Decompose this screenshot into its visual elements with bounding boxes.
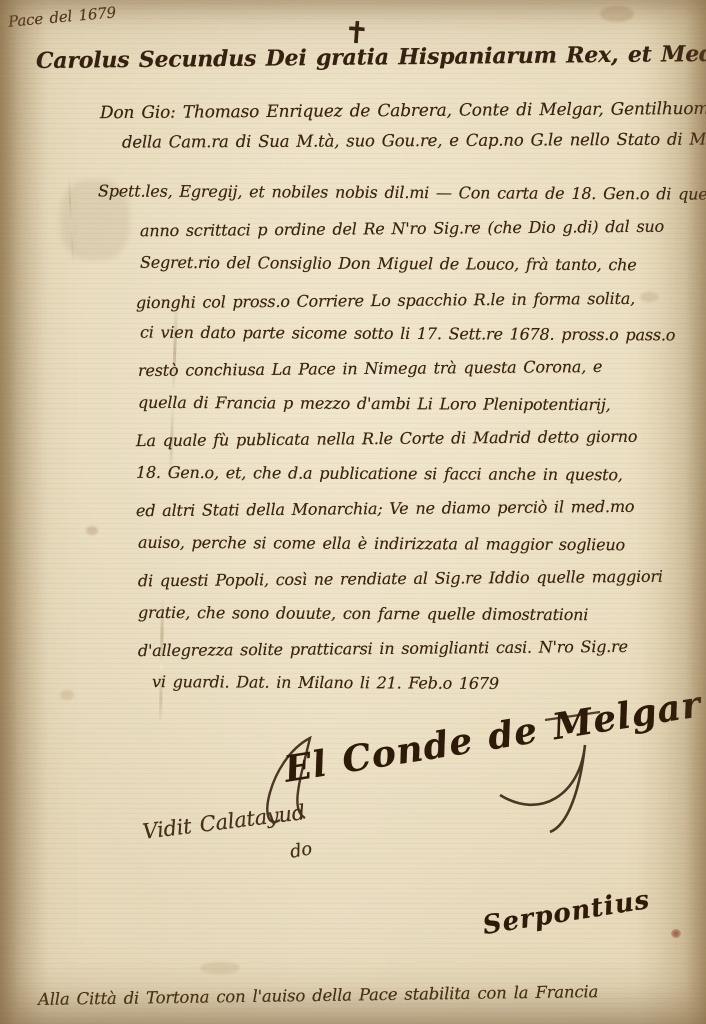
signature-governor: El Conde de Melgar — [281, 683, 704, 790]
paper-stain — [200, 962, 240, 974]
body-line: ed altri Stati della Monarchia; Ve ne di… — [136, 497, 634, 520]
body-line: ci vien dato parte sicome sotto li 17. S… — [140, 323, 675, 345]
body-line: auiso, perche si come ella è indirizzata… — [138, 533, 625, 555]
paper-stain — [86, 526, 98, 535]
body-line: Segret.rio del Consiglio Don Miguel de L… — [140, 253, 637, 275]
vidit-rubric: do — [288, 838, 313, 862]
address-line: della Cam.ra di Sua M.tà, suo Gou.re, e … — [122, 129, 706, 151]
body-line: vi guardi. Dat. in Milano li 21. Feb.o 1… — [152, 672, 499, 693]
fold-crease — [68, 175, 75, 265]
archival-note: Pace del 1679 — [7, 3, 116, 30]
royal-heading: Carolus Secundus Dei gratia Hispaniarum … — [36, 40, 706, 74]
paper-stain — [671, 929, 681, 938]
docket-line: Alla Città di Tortona con l'auiso della … — [38, 982, 598, 1009]
body-line: di questi Popoli, così ne rendiate al Si… — [138, 567, 663, 591]
body-line: gratie, che sono douute, con farne quell… — [138, 603, 588, 624]
body-line: gionghi col pross.o Corriere Lo spacchio… — [136, 289, 635, 312]
address-line: Don Gio: Thomaso Enriquez de Cabrera, Co… — [100, 99, 706, 123]
signature-secretary: Serpontius — [481, 885, 652, 941]
manuscript-page: Pace del 1679 ✝ Carolus Secundus Dei gra… — [0, 0, 706, 1024]
vidit-note: Vidit Calatayud — [141, 800, 306, 844]
body-line: restò conchiusa La Pace in Nimega trà qu… — [138, 357, 602, 380]
body-line: quella di Francia p mezzo d'ambi Li Loro… — [138, 393, 611, 414]
paper-stain — [640, 292, 658, 302]
body-line: Spett.les, Egregij, et nobiles nobis dil… — [98, 181, 706, 203]
body-line: 18. Gen.o, et, che d.a publicatione si f… — [136, 463, 623, 485]
paper-stain — [60, 690, 74, 700]
body-line: d'allegrezza solite pratticarsi in somig… — [138, 637, 628, 660]
body-line: anno scrittaci p ordine del Re N'ro Sig.… — [140, 217, 664, 241]
body-line: La quale fù publicata nella R.le Corte d… — [136, 427, 637, 450]
paper-stain — [600, 6, 634, 22]
